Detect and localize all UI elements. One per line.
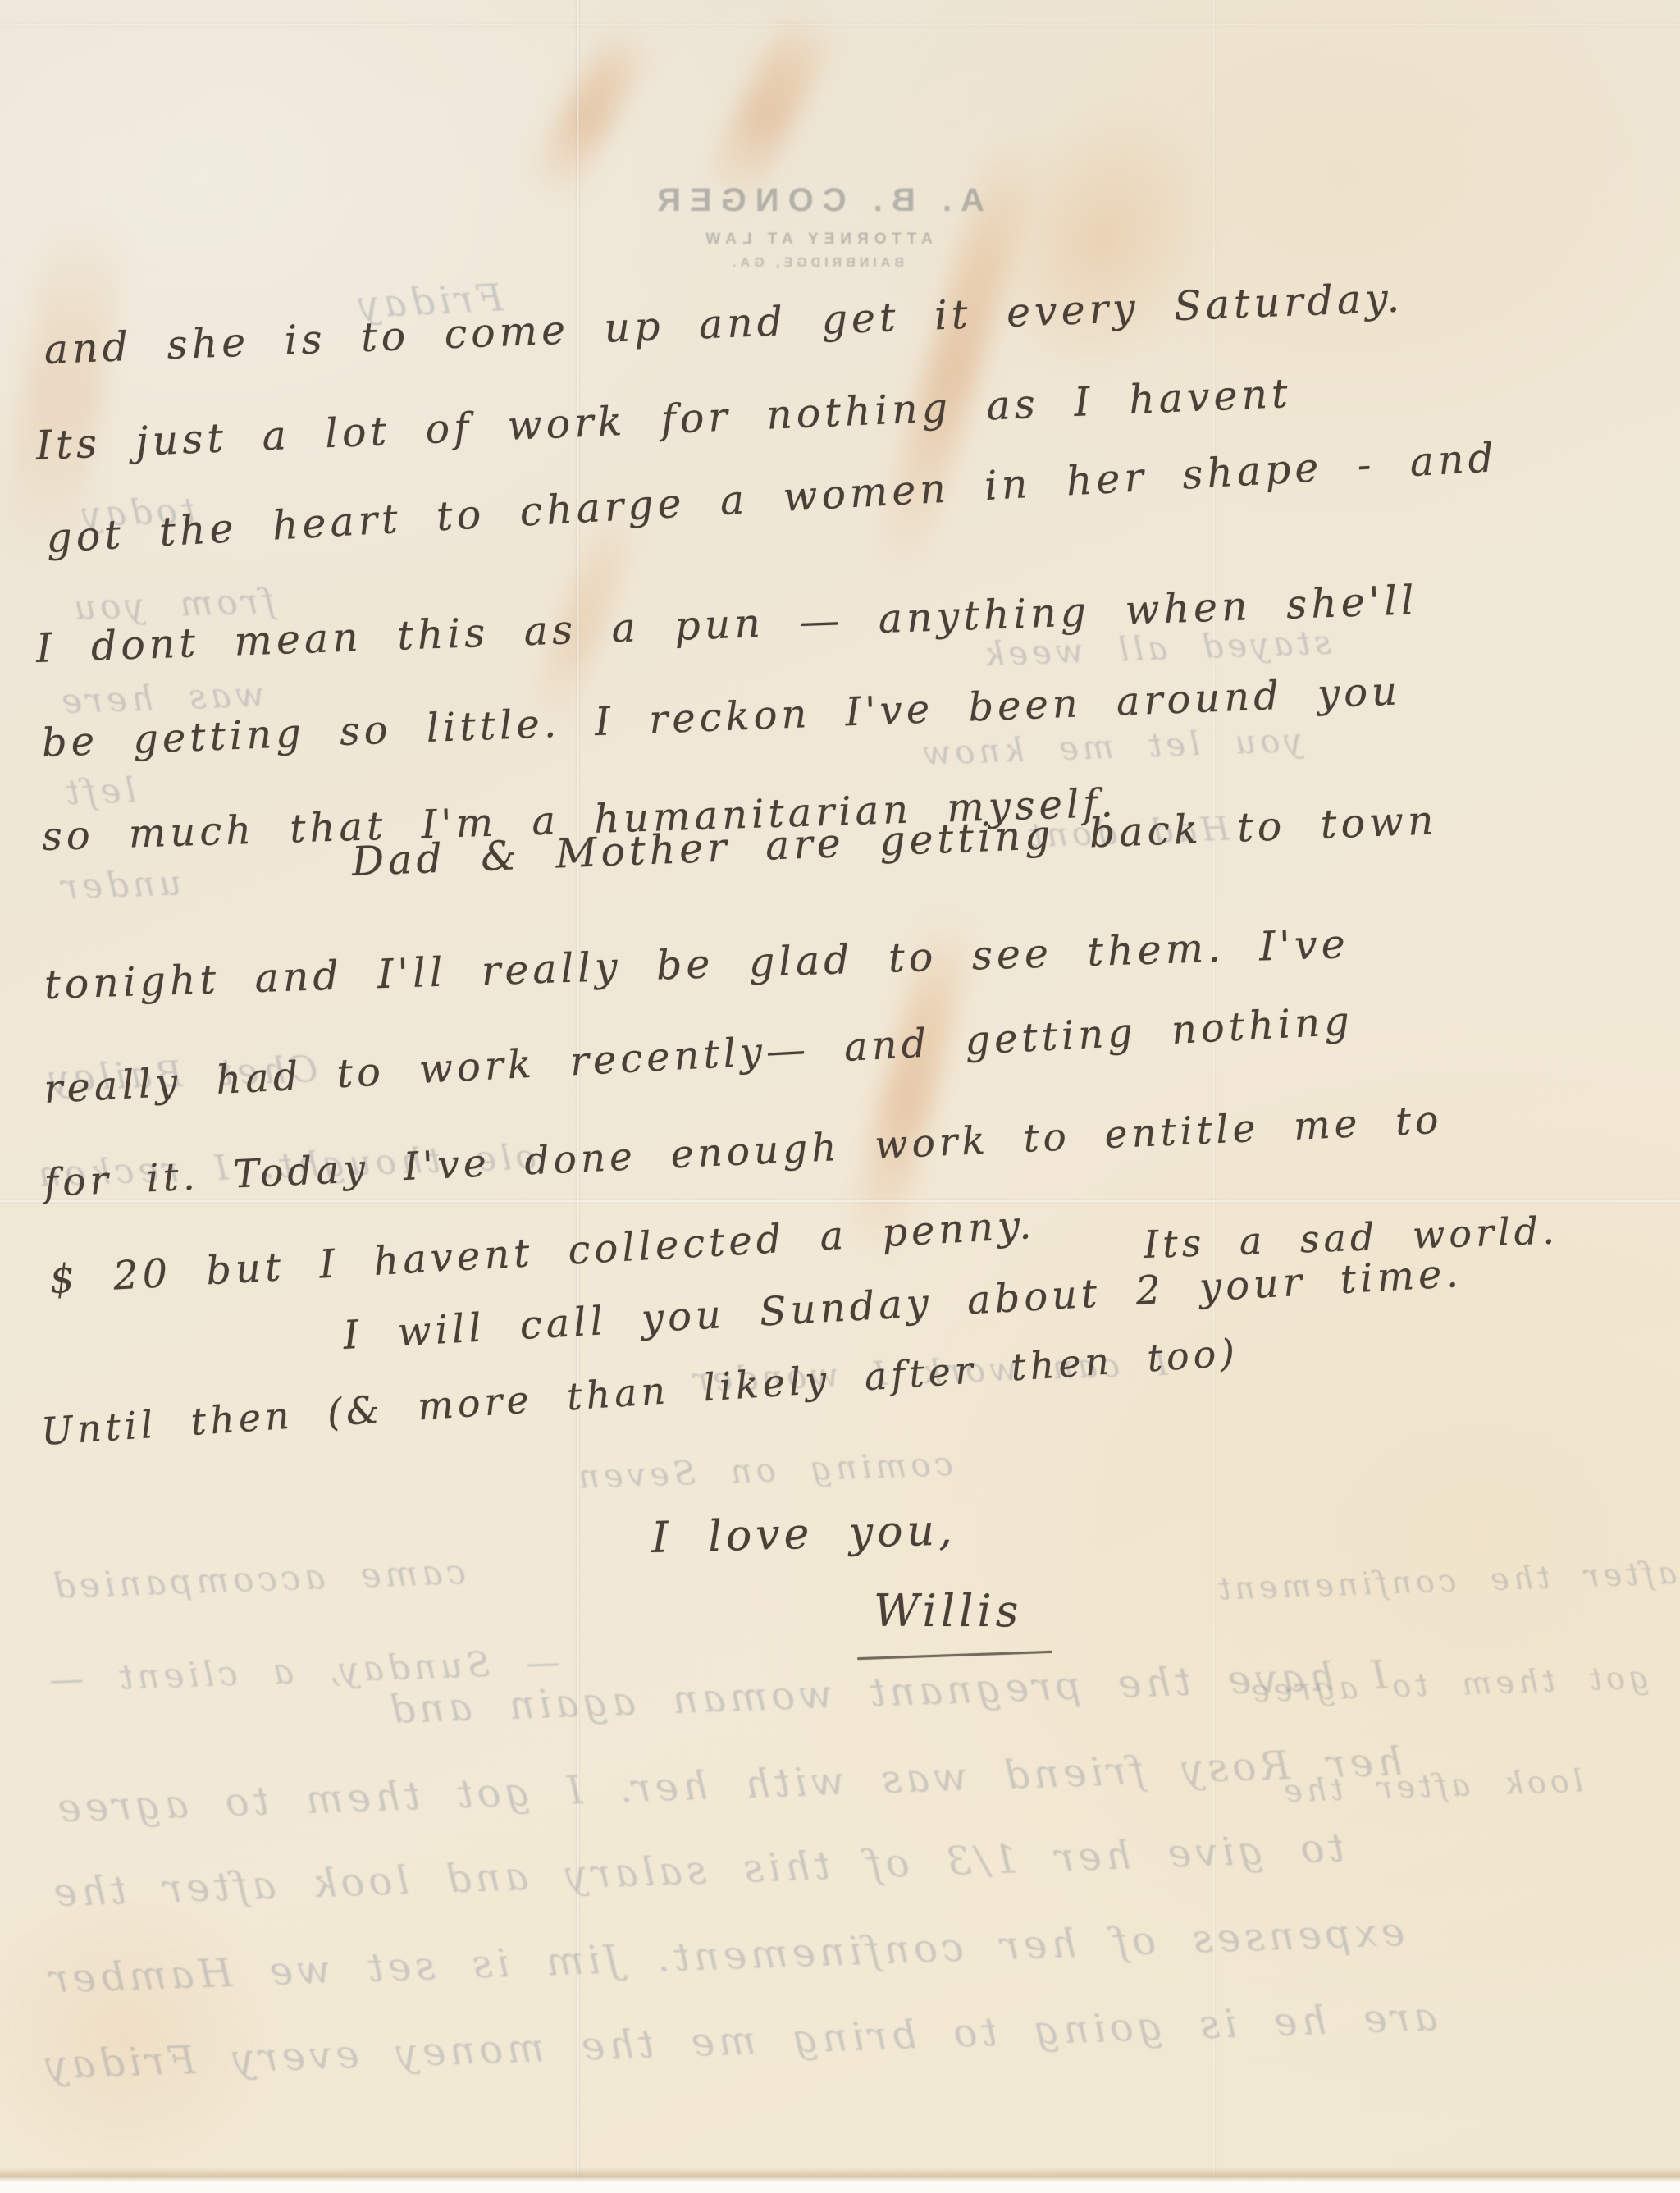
bleedthrough-fragment: after the confinement [1213,1555,1677,1607]
bleedthrough-fragment: coming on Seven [573,1446,953,1496]
scan-bottom-edge [0,2168,1680,2193]
letter-line: Its just a lot of work for nothing as I … [35,370,1293,469]
letter-signature: Willis [874,1585,1022,1637]
bleedthrough-line: expenses of her confinement. Jim is set … [45,1909,1406,2003]
bleedthrough-fragment: under [57,862,182,907]
letterhead-title: ATTORNEY AT LAW [603,231,1029,249]
letter-page: A. B. CONGER ATTORNEY AT LAW BAINBRIDGE,… [0,0,1680,2193]
bleedthrough-fragment: came accompanied [48,1551,466,1606]
bleedthrough-line: her Rosy friend was with her. I got them… [53,1738,1404,1831]
letterhead: A. B. CONGER ATTORNEY AT LAW BAINBRIDGE,… [603,182,1029,271]
stain-streak-top-center [523,16,656,209]
bleedthrough-line: are he is going to bring me the money ev… [41,1994,1439,2088]
signature-underline [857,1651,1052,1660]
bleedthrough-line: to give her 1/3 of this salary and look … [49,1825,1345,1916]
letter-closing: I love you, [651,1505,956,1563]
letterhead-name: A. B. CONGER [603,182,1029,219]
letter-line: and she is to come up and get it every S… [43,274,1404,373]
letter-line: for it. Today I've done enough work to e… [43,1098,1444,1206]
fold-crease-top [0,21,1680,28]
bleedthrough-fragment: left [61,770,136,812]
fold-crease-horizontal [0,1198,1680,1204]
letter-line: tonight and I'll really be glad to see t… [43,921,1349,1008]
letterhead-city: BAINBRIDGE, GA. [603,256,1029,271]
letter-line: Until then (& more than likely after the… [39,1330,1239,1454]
